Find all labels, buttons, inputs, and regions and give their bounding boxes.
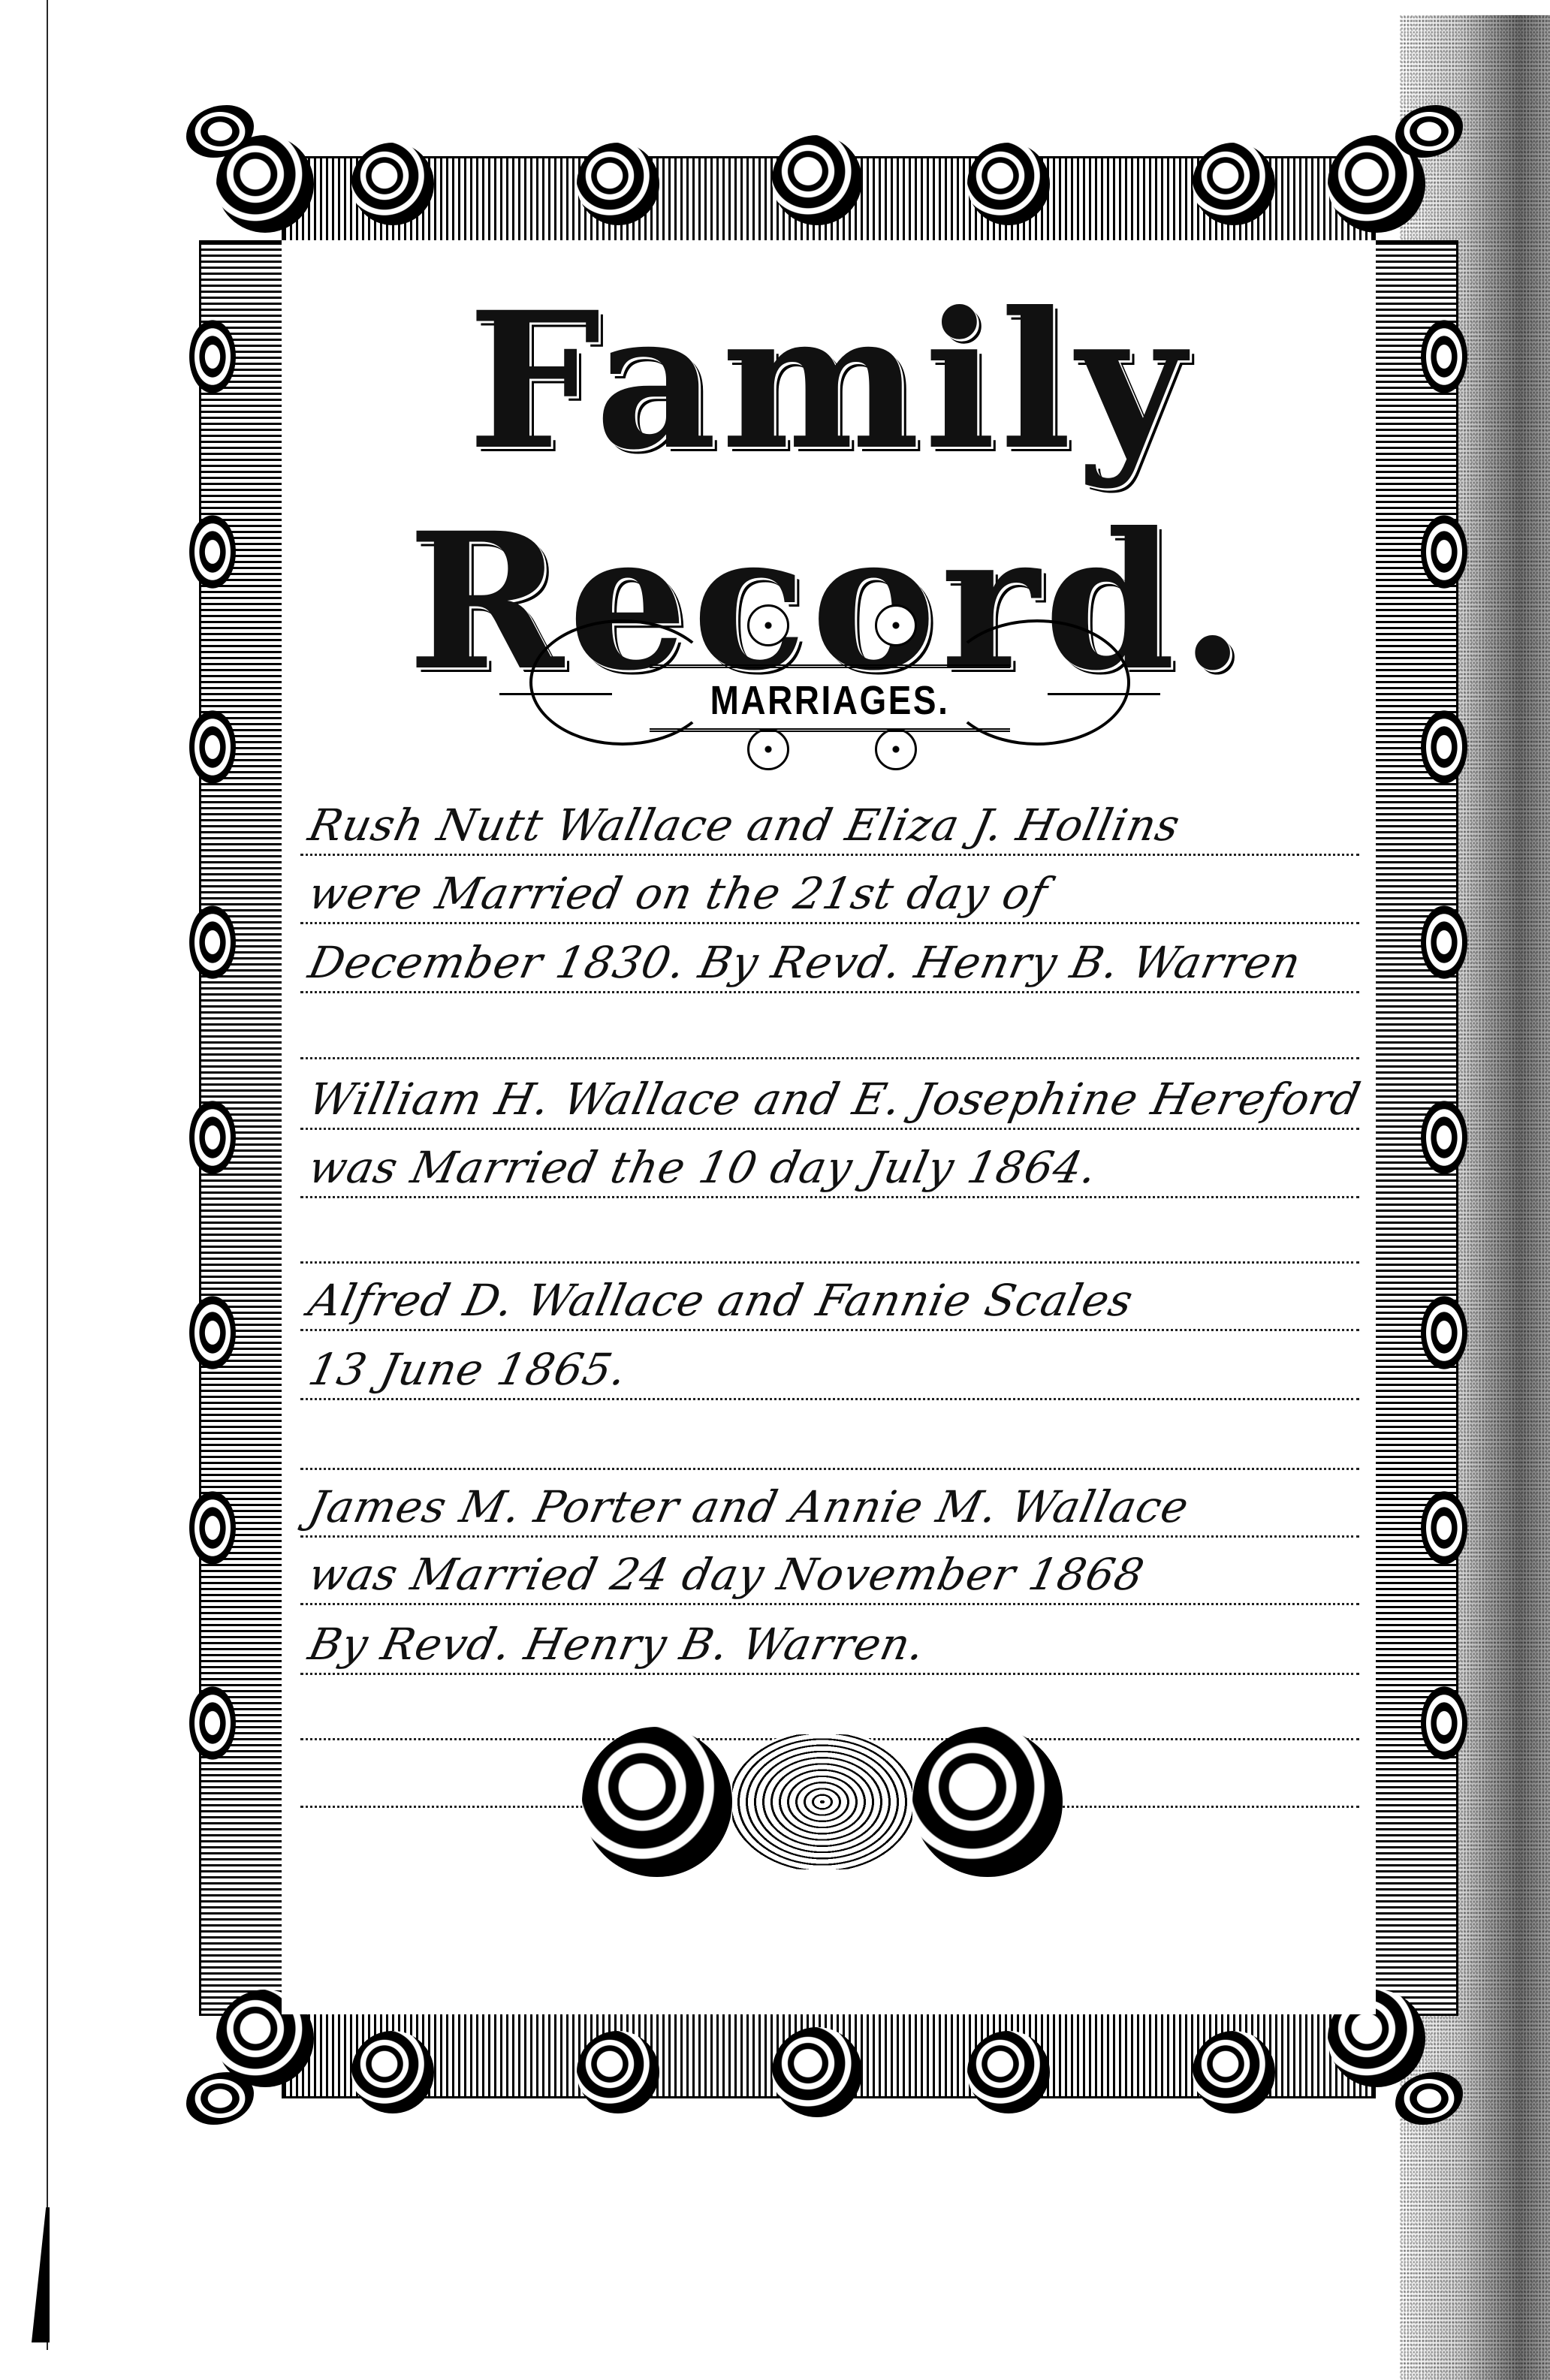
bottom-ornament [507,1727,1138,1877]
scroll-icon [912,1727,1063,1877]
side-scroll-icon [186,511,239,593]
ruled-line [300,1468,1359,1470]
side-scroll-icon [186,315,239,398]
section-banner: MARRIAGES. [499,589,1160,762]
ruled-line [300,1603,1359,1605]
side-scroll-icon [186,1487,239,1569]
side-scroll-icon [1418,1096,1470,1179]
side-scroll-icon [1418,1291,1470,1374]
scroll-icon [772,2027,862,2117]
side-scroll-icon [186,1096,239,1179]
ruled-line [300,1535,1359,1538]
scroll-icon [1193,2031,1275,2113]
side-scroll-icon [186,706,239,788]
section-heading: MARRIAGES. [677,677,983,724]
scroll-icon [577,2031,659,2113]
entry-line: December 1830. By Revd. Henry B. Warren [304,937,1306,988]
entry-line: James M. Porter and Annie M. Wallace [304,1481,1193,1532]
side-scroll-icon [186,1682,239,1764]
side-scroll-icon [1418,706,1470,788]
page-binding-edge [47,0,51,2350]
side-scroll-icon [1418,315,1470,398]
rosette-icon [875,604,917,646]
rosette-icon [747,728,789,770]
scroll-icon [967,143,1050,225]
flourish-icon [1395,2072,1463,2125]
griffin-ornament-icon [732,1734,912,1869]
page-binding-shadow [32,2207,50,2342]
rosette-icon [875,728,917,770]
scroll-icon [1193,143,1275,225]
ruled-line [300,854,1359,856]
rosette-icon [747,604,789,646]
scroll-icon [351,143,434,225]
entry-line: were Married on the 21st day of [304,868,1053,919]
ruled-line [300,1057,1359,1059]
scroll-icon [351,2031,434,2113]
banner-label-box: MARRIAGES. [650,664,1010,732]
scroll-icon [967,2031,1050,2113]
side-scroll-icon [1418,1487,1470,1569]
ruled-line [300,1196,1359,1198]
scroll-icon [577,143,659,225]
side-scroll-icon [1418,511,1470,593]
side-scroll-icon [186,901,239,984]
entry-line: 13 June 1865. [304,1344,632,1395]
scroll-icon [772,135,862,225]
ruled-line [300,1329,1359,1331]
title-word-family: Family [468,270,1190,491]
flourish-icon [186,2072,254,2125]
ruled-line [300,1128,1359,1130]
ruled-line [300,1261,1359,1264]
entry-line: By Revd. Henry B. Warren. [304,1619,930,1670]
entry-line: was Married 24 day November 1868 [304,1549,1149,1600]
corner-ornament-top-left [186,105,336,255]
side-scroll-icon [1418,1682,1470,1764]
ruled-line [300,922,1359,924]
side-scroll-icon [186,1291,239,1374]
ruled-line [300,991,1359,993]
flourish-icon [1395,105,1463,158]
entry-line: Rush Nutt Wallace and Eliza J. Hollins [304,800,1185,851]
entry-line: William H. Wallace and E. Josephine Here… [304,1074,1365,1125]
corner-ornament-top-right [1313,105,1463,255]
ruled-line [300,1398,1359,1400]
entry-line: was Married the 10 day July 1864. [304,1142,1102,1193]
ruled-line [300,1673,1359,1675]
entry-line: Alfred D. Wallace and Fannie Scales [304,1275,1138,1326]
side-scroll-icon [1418,901,1470,984]
record-panel: Family Record. MARRIAGES. [282,240,1376,2014]
scroll-icon [582,1727,732,1877]
